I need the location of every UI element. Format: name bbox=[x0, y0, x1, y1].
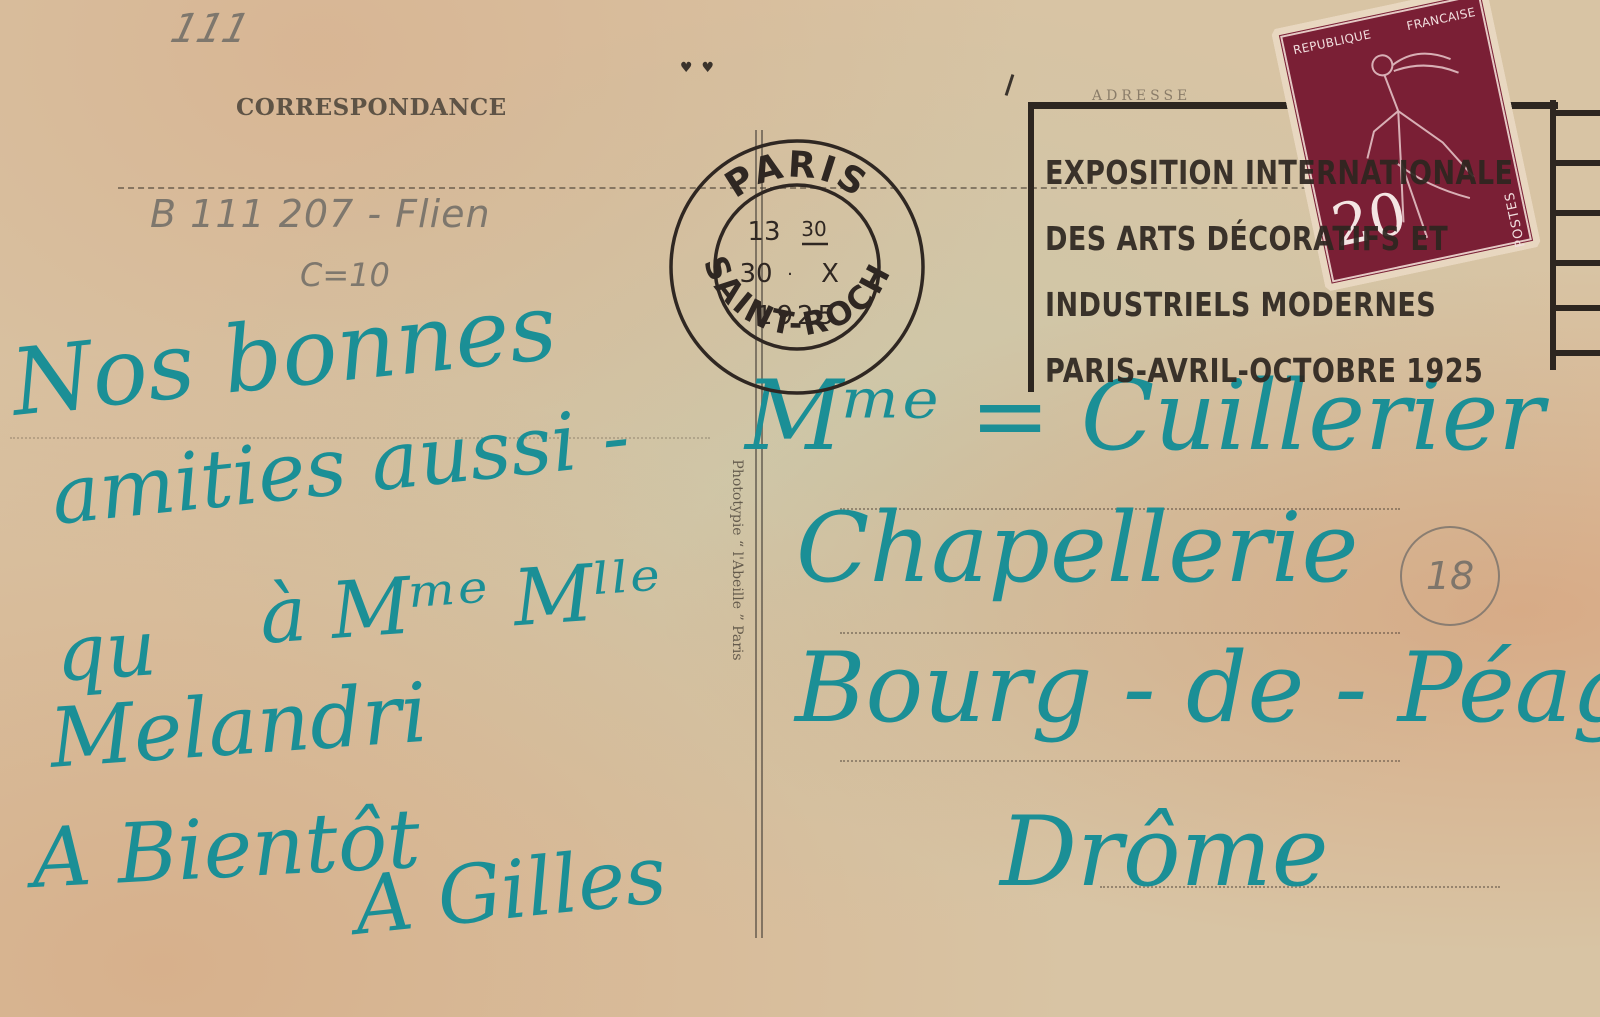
pencil-number: 111 bbox=[166, 6, 254, 52]
slogan-cancel-text: EXPOSITION INTERNATIONALE DES ARTS DÉCOR… bbox=[1045, 140, 1513, 404]
printer-mark: ♥ ♥ bbox=[680, 60, 714, 76]
svg-text:13: 13 bbox=[747, 217, 780, 247]
circular-postmark: PARIS SAINT-ROCH 13 30 30 · X 1925 bbox=[662, 132, 932, 402]
message-line: à Mᵐᵉ Mˡˡᵉ bbox=[257, 544, 664, 662]
svg-text:·: · bbox=[787, 264, 793, 285]
cancel-bars bbox=[1546, 100, 1600, 380]
recipient-business: Chapellerie bbox=[796, 492, 1358, 604]
svg-text:30: 30 bbox=[739, 259, 772, 289]
printer-credit: Phototypie “ l'Abeille ” Paris bbox=[729, 459, 745, 660]
circled-number-text: 18 bbox=[1426, 554, 1474, 598]
svg-text:30: 30 bbox=[801, 217, 826, 241]
pencil-code: C=10 bbox=[300, 256, 390, 294]
svg-text:X: X bbox=[821, 259, 839, 289]
recipient-town: Bourg - de - Péage bbox=[795, 632, 1600, 744]
pencil-reference: B 111 207 - Flien bbox=[150, 192, 491, 236]
printer-mark bbox=[1005, 74, 1015, 96]
circled-number: 18 bbox=[1400, 526, 1500, 626]
recipient-department: Drôme bbox=[1000, 796, 1329, 908]
svg-text:1925: 1925 bbox=[756, 301, 838, 331]
correspondence-header: CORRESPONDANCE bbox=[236, 94, 507, 121]
address-line-3 bbox=[840, 760, 1400, 762]
